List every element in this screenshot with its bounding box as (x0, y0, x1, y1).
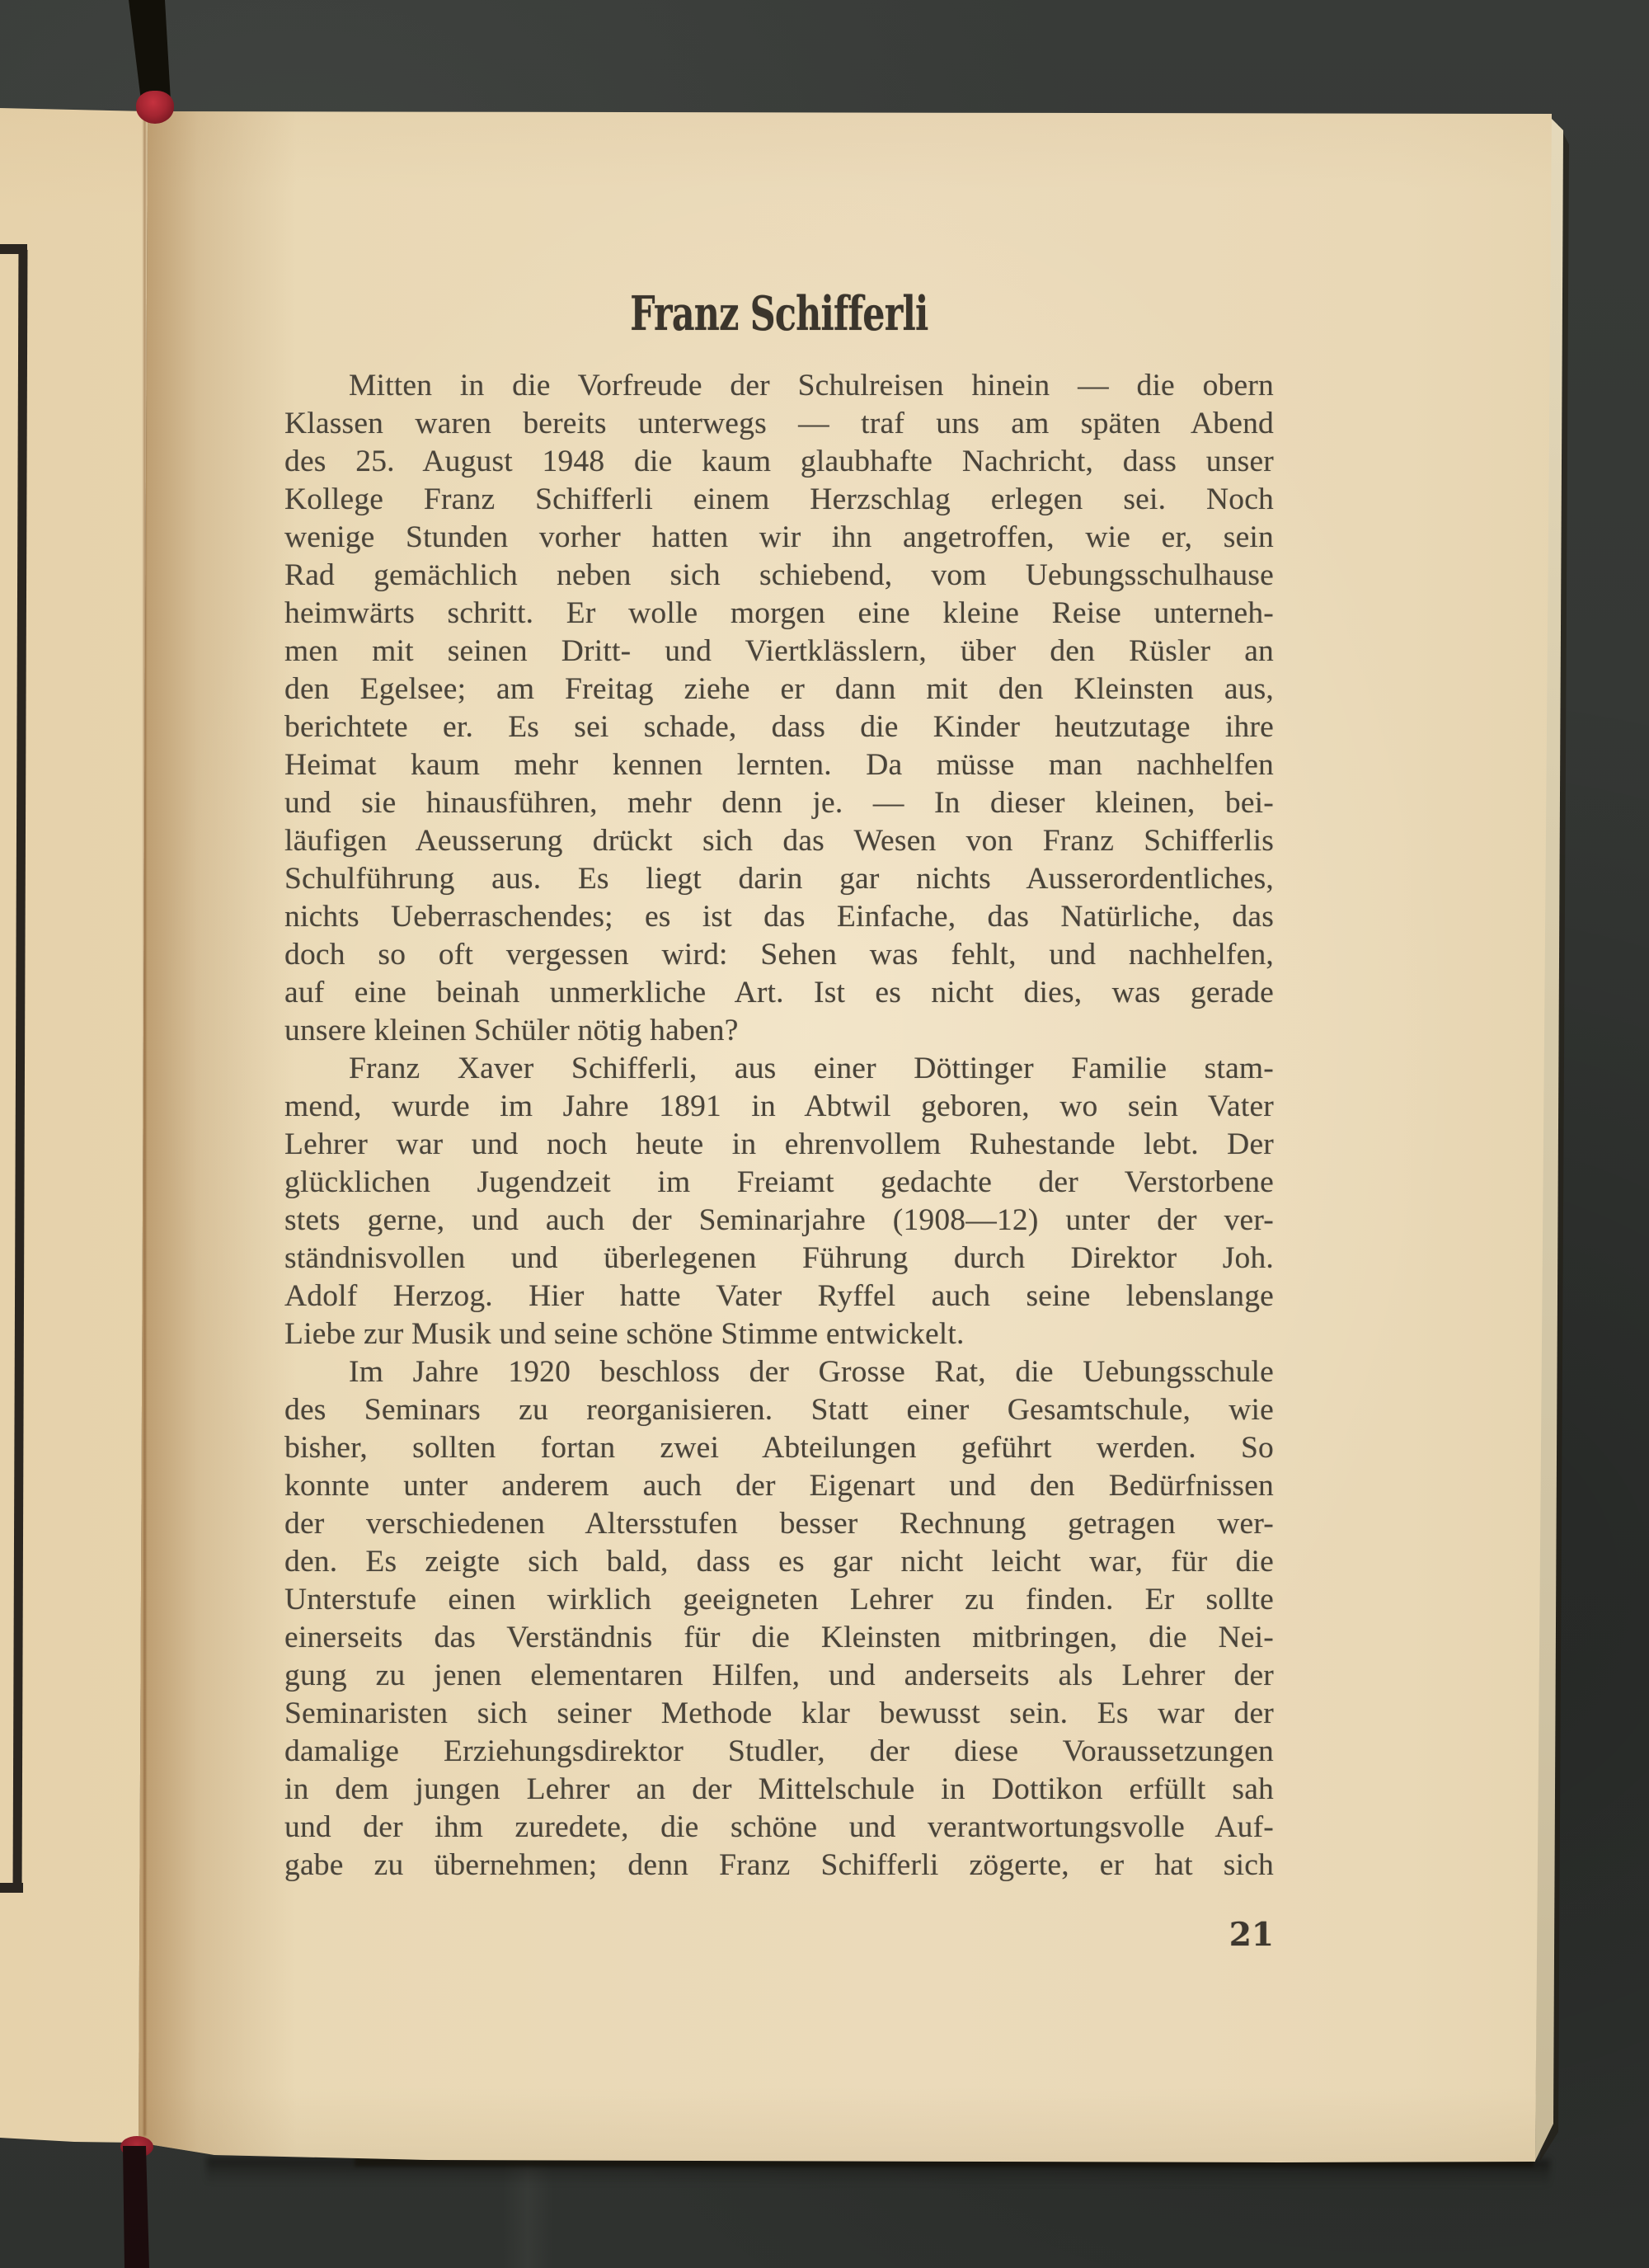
text-line: auf eine beinah unmerkliche Art. Ist es … (284, 974, 1274, 1012)
text-line: des Seminars zu reorganisieren. Statt ei… (284, 1391, 1274, 1429)
headband-icon (136, 91, 174, 124)
text-line: Heimat kaum mehr kennen lernten. Da müss… (284, 746, 1274, 784)
text-line: wenige Stunden vorher hatten wir ihn ang… (284, 519, 1274, 557)
plate-frame-top (0, 244, 27, 254)
text-line: bisher, sollten fortan zwei Abteilungen … (284, 1429, 1274, 1467)
text-line: ständnisvollen und überlegenen Führung d… (284, 1240, 1274, 1278)
gutter-crease (143, 115, 146, 2136)
text-line: den. Es zeigte sich bald, dass es gar ni… (284, 1543, 1274, 1581)
text-line: in dem jungen Lehrer an der Mittelschule… (284, 1771, 1274, 1809)
text-line: doch so oft vergessen wird: Sehen was fe… (284, 936, 1274, 974)
text-line: gabe zu übernehmen; denn Franz Schifferl… (284, 1847, 1274, 1885)
text-line: Im Jahre 1920 beschloss der Grosse Rat, … (284, 1353, 1274, 1391)
text-line: der verschiedenen Altersstufen besser Re… (284, 1505, 1274, 1543)
text-line: Mitten in die Vorfreude der Schulreisen … (284, 367, 1274, 405)
text-line: Rad gemächlich neben sich schiebend, vom… (284, 557, 1274, 595)
text-line: stets gerne, und auch der Seminarjahre (… (284, 1202, 1274, 1240)
text-line: Unterstufe einen wirklich geeigneten Leh… (284, 1581, 1274, 1619)
text-line: läufigen Aeusserung drückt sich das Wese… (284, 822, 1274, 860)
text-line: unsere kleinen Schüler nötig haben? (284, 1012, 1274, 1050)
text-line: mend, wurde im Jahre 1891 in Abtwil gebo… (284, 1088, 1274, 1126)
text-line: Adolf Herzog. Hier hatte Vater Ryffel au… (284, 1278, 1274, 1315)
text-line: konnte unter anderem auch der Eigenart u… (284, 1467, 1274, 1505)
plate-frame-bottom (0, 1883, 23, 1893)
page-title: Franz Schifferli (284, 289, 1274, 342)
text-line: Seminaristen sich seiner Methode klar be… (284, 1695, 1274, 1733)
text-line: heimwärts schritt. Er wolle morgen eine … (284, 595, 1274, 633)
text-line: den Egelsee; am Freitag ziehe er dann mi… (284, 671, 1274, 708)
text-line: berichtete er. Es sei schade, dass die K… (284, 708, 1274, 746)
text-line: einerseits das Verständnis für die Klein… (284, 1619, 1274, 1657)
text-line: glücklichen Jugendzeit im Freiamt gedach… (284, 1164, 1274, 1202)
text-line: und der ihm zuredete, die schöne und ver… (284, 1809, 1274, 1847)
text-line: und sie hinausführen, mehr denn je. — In… (284, 784, 1274, 822)
text-line: Lehrer war und noch heute in ehrenvollem… (284, 1126, 1274, 1164)
text-line: Liebe zur Musik und seine schöne Stimme … (284, 1315, 1274, 1353)
text-line: Franz Xaver Schifferli, aus einer Döttin… (284, 1050, 1274, 1088)
text-line: men mit seinen Dritt- und Viertklässlern… (284, 633, 1274, 671)
text-line: Schulführung aus. Es liegt darin gar nic… (284, 860, 1274, 898)
text-line: gung zu jenen elementaren Hilfen, und an… (284, 1657, 1274, 1695)
text-line: nichts Ueberraschendes; es ist das Einfa… (284, 898, 1274, 936)
text-line: Klassen waren bereits unterwegs — traf u… (284, 405, 1274, 443)
body-text: Mitten in die Vorfreude der Schulreisen … (284, 367, 1274, 1885)
page-number: 21 (284, 1917, 1274, 1952)
text-line: des 25. August 1948 die kaum glaubhafte … (284, 443, 1274, 481)
text-line: damalige Erziehungsdirektor Studler, der… (284, 1733, 1274, 1771)
text-line: Kollege Franz Schifferli einem Herzschla… (284, 481, 1274, 519)
